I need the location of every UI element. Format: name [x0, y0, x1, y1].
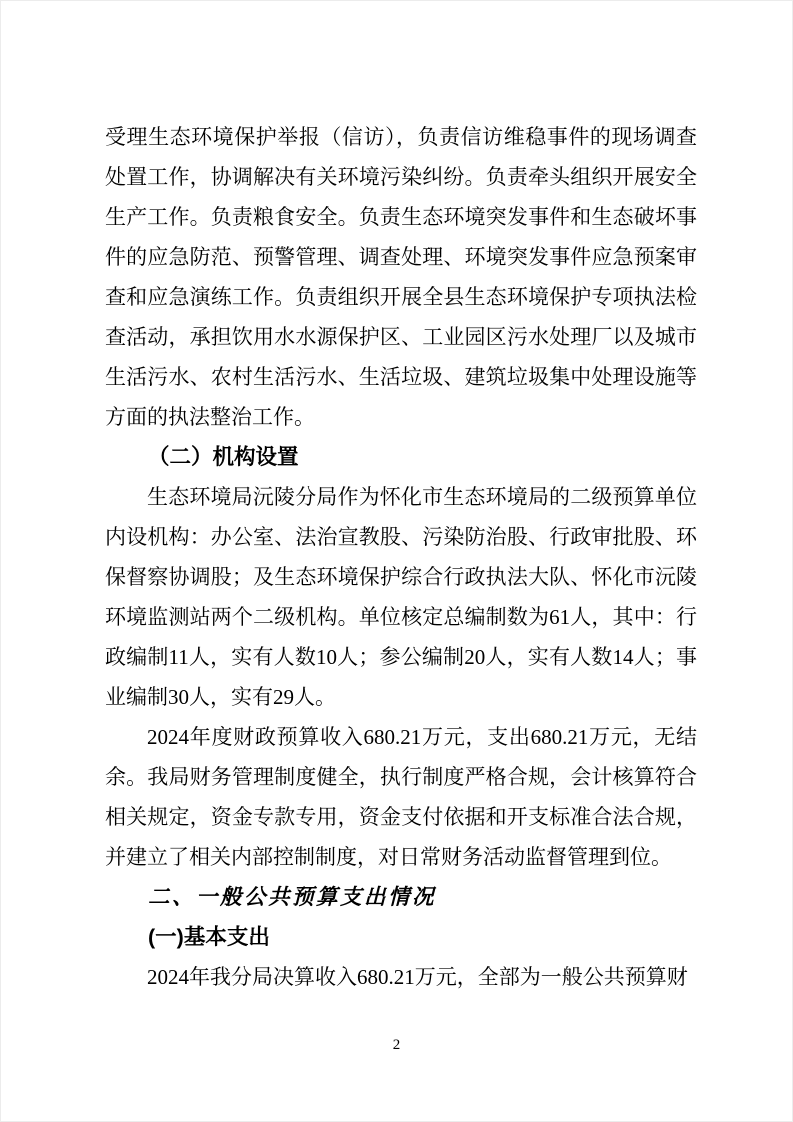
- document-page: 受理生态环境保护举报（信访），负责信访维稳事件的现场调查处置工作，协调解决有关环…: [0, 0, 793, 1122]
- paragraph-basic-expenditure-intro: 2024年我分局决算收入680.21万元，全部为一般公共预算财: [105, 957, 697, 997]
- paragraph-duties-continued: 受理生态环境保护举报（信访），负责信访维稳事件的现场调查处置工作，协调解决有关环…: [105, 117, 697, 437]
- heading-basic-expenditure: (一)基本支出: [105, 917, 697, 957]
- page-footer: 2: [1, 1035, 792, 1055]
- heading-public-budget-expenditure: 二、一般公共预算支出情况: [105, 877, 697, 917]
- document-body: 受理生态环境保护举报（信访），负责信访维稳事件的现场调查处置工作，协调解决有关环…: [105, 117, 697, 997]
- paragraph-organization-details: 生态环境局沅陵分局作为怀化市生态环境局的二级预算单位内设机构：办公室、法治宣教股…: [105, 477, 697, 717]
- page-number: 2: [393, 1037, 401, 1053]
- paragraph-budget-overview: 2024年度财政预算收入680.21万元，支出680.21万元，无结余。我局财务…: [105, 717, 697, 877]
- heading-organization-setup: （二）机构设置: [105, 437, 697, 477]
